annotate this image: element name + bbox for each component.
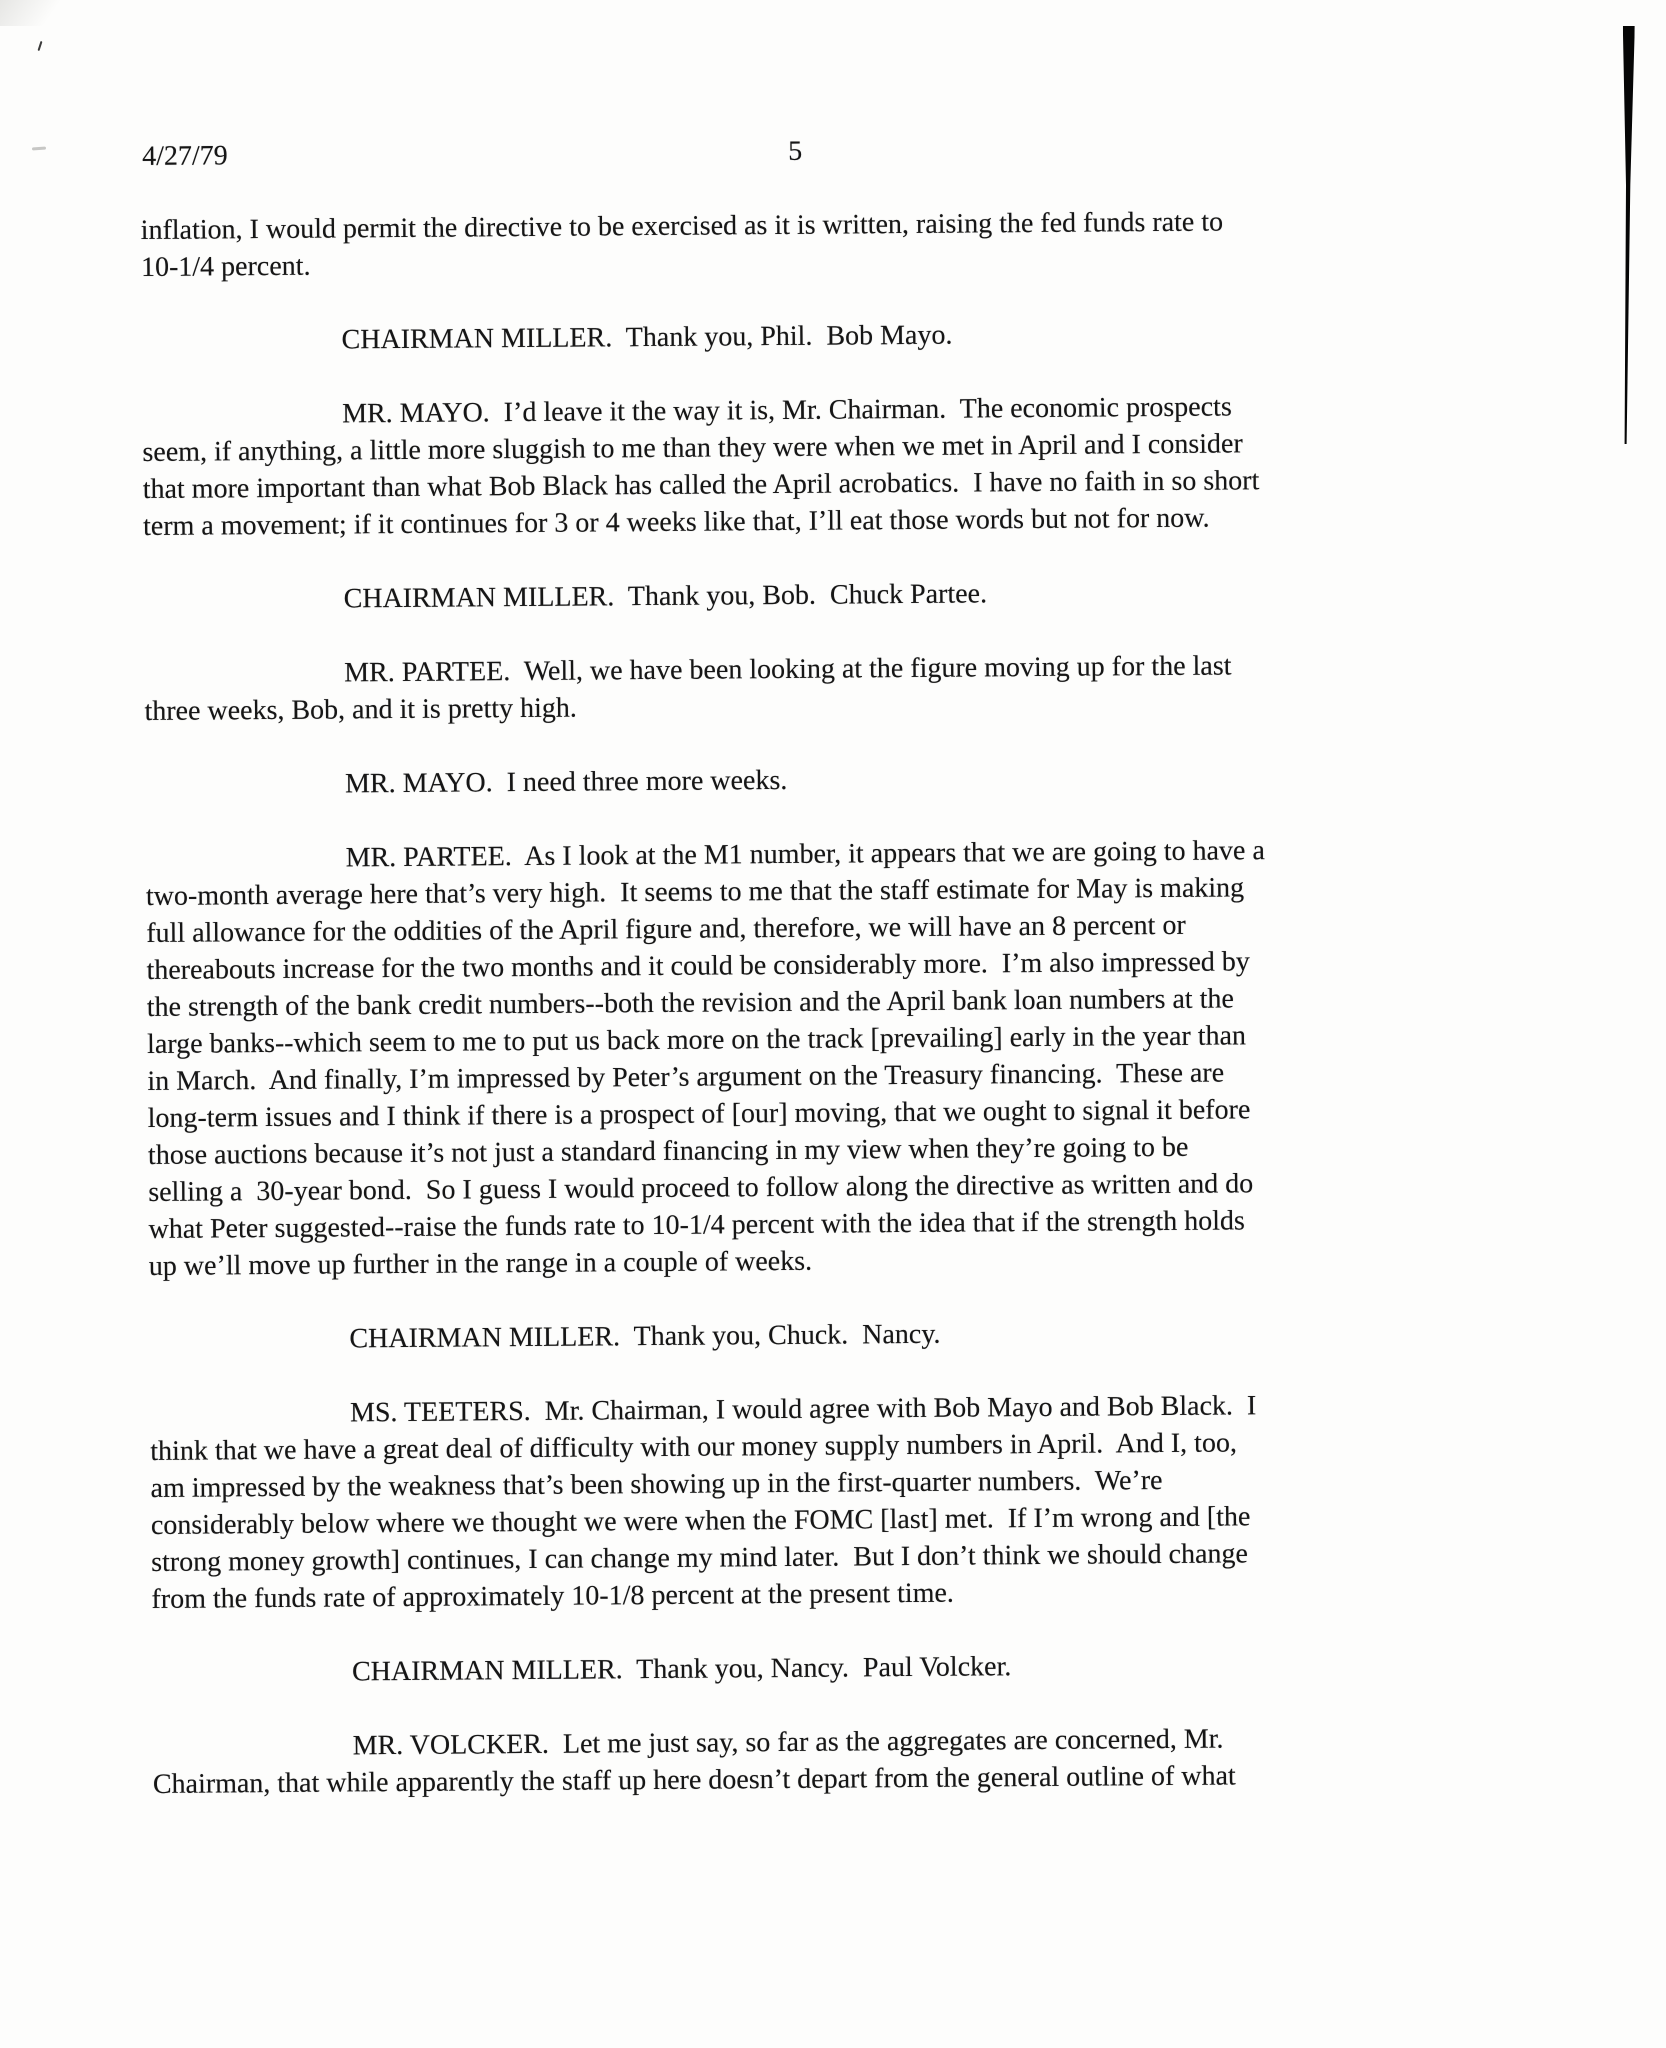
paragraph: MR. PARTEE. As I look at the M1 number, … [146,830,1489,1285]
paragraph: CHAIRMAN MILLER. Thank you, Phil. Bob Ma… [141,312,1481,360]
document-page: 4/27/79 5 inflation, I would permit the … [0,0,1666,2048]
paragraph: MR. MAYO. I’d leave it the way it is, Mr… [142,386,1483,545]
paragraph: CHAIRMAN MILLER. Thank you, Nancy. Paul … [152,1644,1492,1692]
page-content: 4/27/79 5 inflation, I would permit the … [140,127,1493,1802]
scan-stray-mark [32,147,46,151]
text-line: MR. MAYO. I need three more weeks. [145,756,1485,804]
text-line: CHAIRMAN MILLER. Thank you, Nancy. Paul … [152,1644,1492,1692]
paragraph: MR. PARTEE. Well, we have been looking a… [144,645,1485,730]
scan-stray-mark [38,41,43,51]
scan-artifact-bar [1619,26,1635,444]
page-header: 4/27/79 5 [140,128,1460,175]
scan-corner-smudge [0,0,70,26]
paragraph: MR. MAYO. I need three more weeks. [145,756,1485,804]
paragraph: inflation, I would permit the directive … [141,201,1482,286]
paragraph: MS. TEETERS. Mr. Chairman, I would agree… [150,1385,1492,1618]
paragraph: MR. VOLCKER. Let me just say, so far as … [152,1718,1493,1803]
page-number: 5 [788,133,802,170]
page-date: 4/27/79 [142,137,228,175]
text-line: CHAIRMAN MILLER. Thank you, Chuck. Nancy… [149,1311,1489,1359]
paragraph: CHAIRMAN MILLER. Thank you, Chuck. Nancy… [149,1311,1489,1359]
text-line: CHAIRMAN MILLER. Thank you, Bob. Chuck P… [143,571,1483,619]
text-line: CHAIRMAN MILLER. Thank you, Phil. Bob Ma… [141,312,1481,360]
document-body: inflation, I would permit the directive … [141,201,1493,1802]
paragraph: CHAIRMAN MILLER. Thank you, Bob. Chuck P… [143,571,1483,619]
